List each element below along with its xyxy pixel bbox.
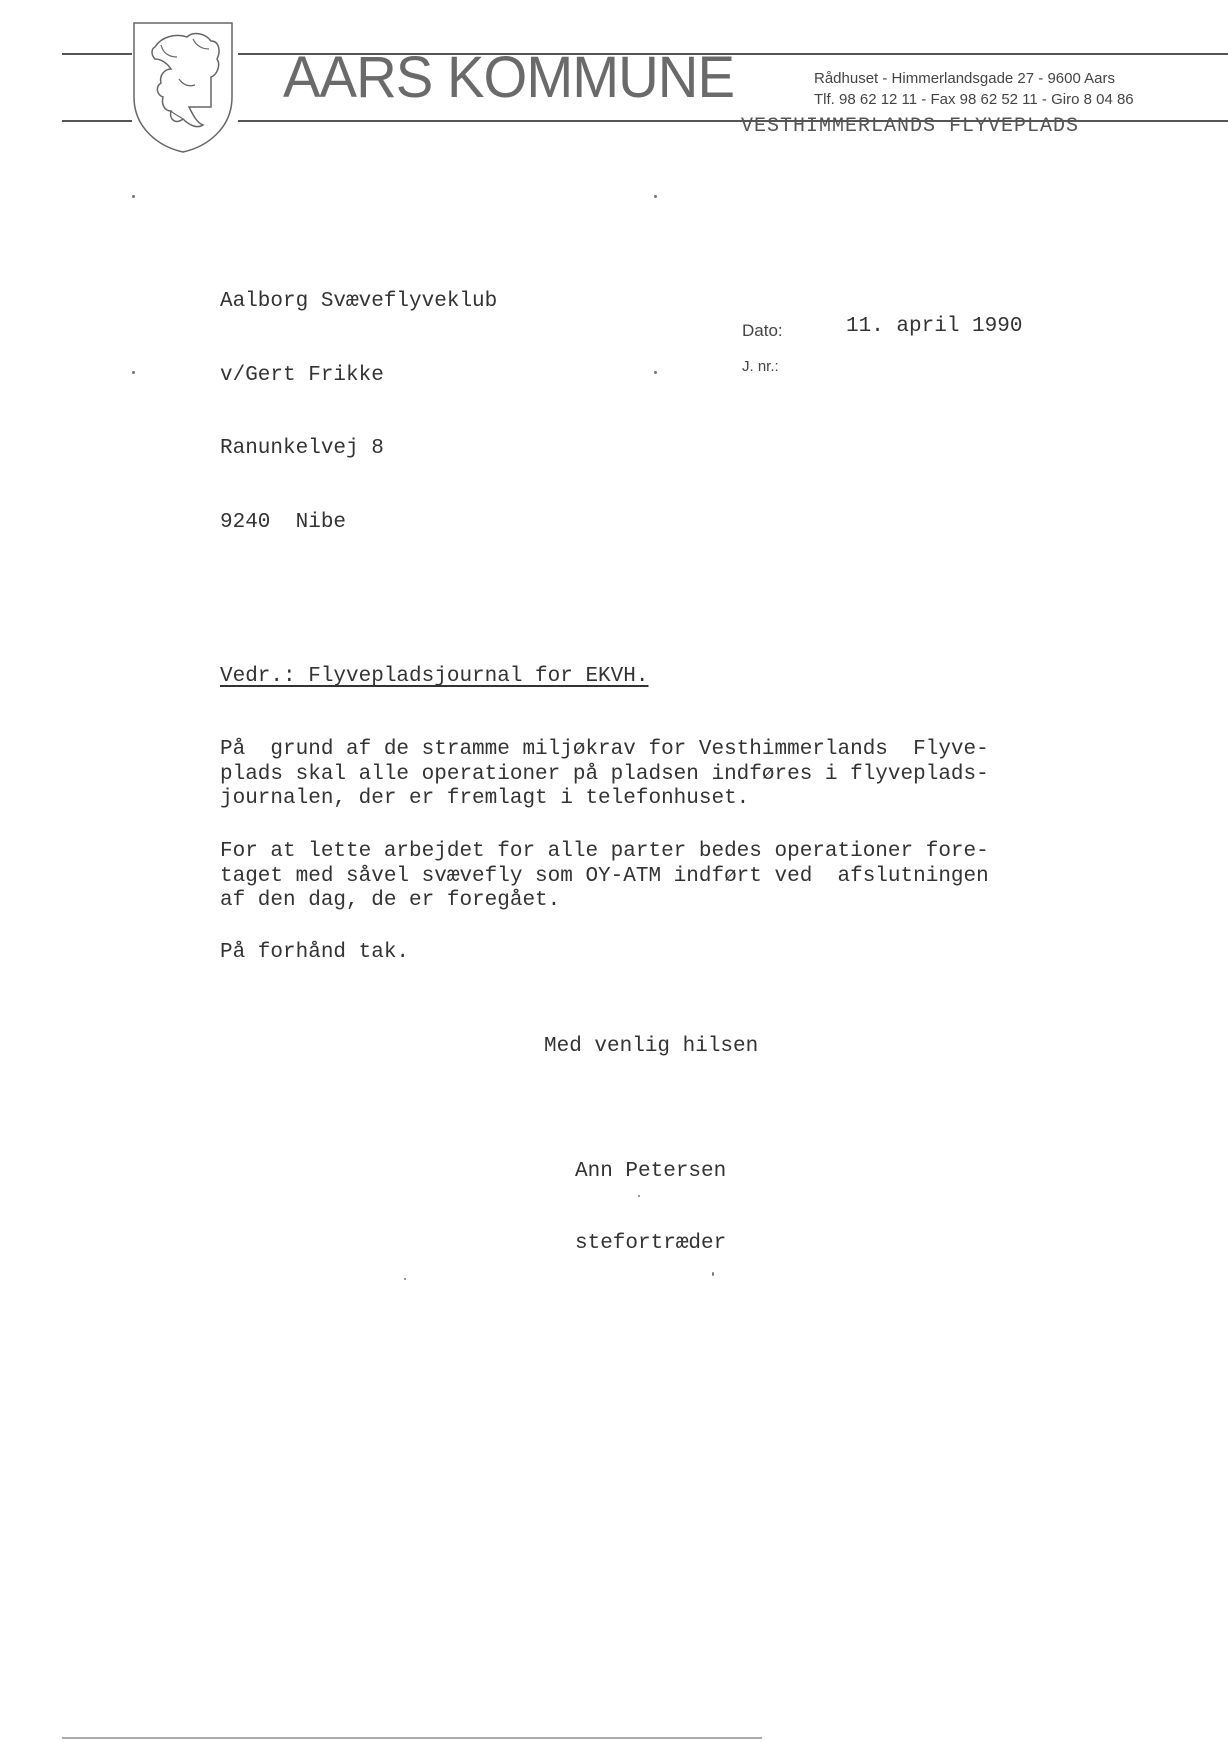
journal-label: J. nr.: bbox=[742, 358, 779, 375]
organization-name: AARS KOMMUNE bbox=[283, 49, 734, 107]
date-label: Dato: bbox=[742, 321, 783, 341]
department-name: VESTHIMMERLANDS FLYVEPLADS bbox=[741, 115, 1079, 138]
letterhead-bottom-rule-right bbox=[238, 120, 1228, 122]
scan-speck bbox=[404, 1278, 406, 1280]
letterhead-contact: Tlf. 98 62 12 11 - Fax 98 62 52 11 - Gir… bbox=[814, 91, 1134, 108]
body-paragraph-2: For at lette arbejdet for alle parter be… bbox=[220, 840, 989, 914]
recipient-street: Ranunkelvej 8 bbox=[220, 437, 497, 462]
coat-of-arms-bull-icon bbox=[131, 19, 235, 154]
subject-line: Vedr.: Flyvepladsjournal for EKVH. bbox=[220, 665, 648, 690]
scan-speck bbox=[712, 1272, 714, 1276]
letterhead-bottom-rule-left bbox=[62, 120, 132, 122]
recipient-address: Aalborg Svæveflyveklub v/Gert Frikke Ran… bbox=[220, 241, 497, 584]
signatory-name: Ann Petersen bbox=[575, 1160, 726, 1184]
body-paragraph-3: På forhånd tak. bbox=[220, 941, 409, 966]
recipient-city: 9240 Nibe bbox=[220, 511, 497, 536]
recipient-attention: v/Gert Frikke bbox=[220, 364, 497, 389]
recipient-name: Aalborg Svæveflyveklub bbox=[220, 290, 497, 315]
fold-mark bbox=[132, 371, 135, 374]
closing-salutation: Med venlig hilsen bbox=[544, 1035, 758, 1060]
fold-mark bbox=[654, 195, 657, 198]
letterhead-top-rule-left bbox=[62, 53, 132, 55]
fold-mark bbox=[654, 371, 657, 374]
signatory-title: stefortræder bbox=[575, 1232, 726, 1256]
body-paragraph-1: På grund af de stramme miljøkrav for Ves… bbox=[220, 738, 989, 812]
signature-block: Ann Petersen stefortræder bbox=[575, 1112, 726, 1304]
scan-bottom-edge bbox=[62, 1737, 762, 1739]
letterhead-address: Rådhuset - Himmerlandsgade 27 - 9600 Aar… bbox=[814, 70, 1115, 87]
scan-speck bbox=[638, 1195, 640, 1197]
fold-mark bbox=[132, 195, 135, 198]
date-value: 11. april 1990 bbox=[846, 315, 1022, 340]
